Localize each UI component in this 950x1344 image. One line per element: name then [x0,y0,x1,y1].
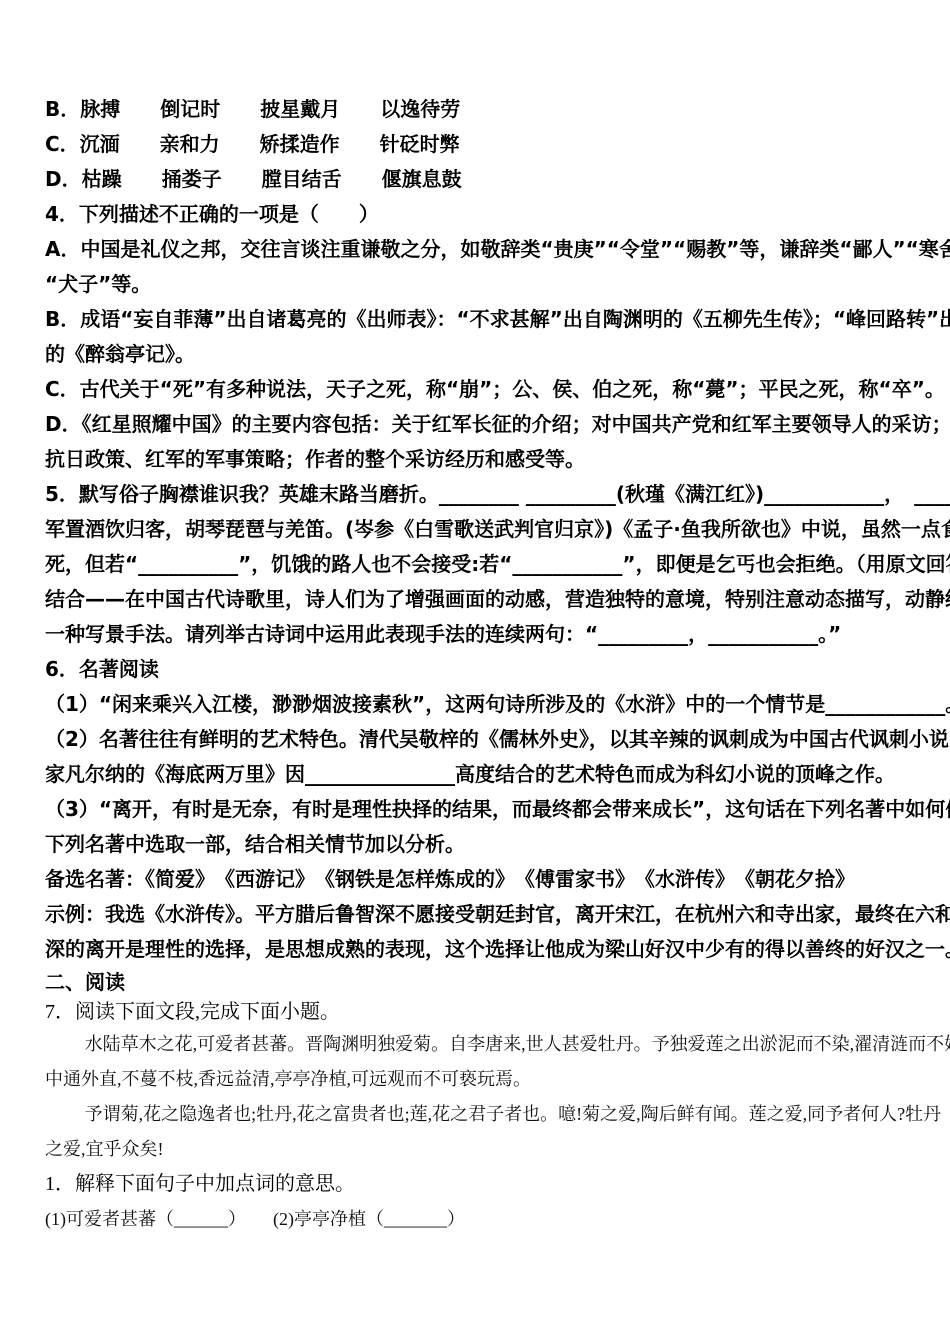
question-4-stem: 4．下列描述不正确的一项是（ ） [45,197,910,232]
q6-sub3-line2: 下列名著中选取一部，结合相关情节加以分析。 [45,827,910,862]
q7-sub1-blanks: (1)可爱者甚蕃（______） (2)亭亭净植（_______） [45,1202,910,1237]
passage-line4: 之爱,宜乎众矣! [45,1132,910,1167]
q4-option-a-line1: A．中国是礼仪之邦，交往言谈注重谦敬之分，如敬辞类“贵庚”“令堂”“赐教”等，谦… [45,232,910,267]
q4-option-d-line1: D．《红星照耀中国》的主要内容包括：关于红军长征的介绍；对中国共产党和红军主要领… [45,407,910,442]
question-7-stem: 7．阅读下面文段,完成下面小题。 [45,997,910,1027]
q6-sub2-line1: （2）名著往往有鲜明的艺术特色。清代吴敬梓的《儒林外史》，以其辛辣的讽刺成为中国… [45,722,910,757]
q6-sub3-line1: （3）“离开，有时是无奈，有时是理性抉择的结果，而最终都会带来成长”，这句话在下… [45,792,910,827]
passage-line1: 水陆草木之花,可爱者甚蕃。晋陶渊明独爱菊。自李唐来,世人甚爱牡丹。予独爱莲之出淤… [45,1027,910,1062]
q4-option-c: C．古代关于“死”有多种说法，天子之死，称“崩”；公、侯、伯之死，称“薨”；平民… [45,372,910,407]
q5-line2: 军置酒饮归客，胡琴琵琶与羌笛。(岑参《白雪歌送武判官归京》)《孟子·鱼我所欲也》… [45,512,910,547]
q5-line1: 5．默写俗子胸襟谁识我？英雄末路当磨折。________ _________(秋… [45,477,910,512]
question-6-stem: 6．名著阅读 [45,652,910,687]
q4-option-a-line2: “犬子”等。 [45,267,910,302]
document-page: B．脉搏 倒记时 披星戴月 以逸待劳C．沉湎 亲和力 矫揉造作 针砭时弊D．枯躁… [0,0,950,1344]
q6-sub1: （1）“闲来乘兴入江楼，渺渺烟波接素秋”，这两句诗所涉及的《水浒》中的一个情节是… [45,687,910,722]
option-row-d: D．枯躁 捅娄子 膛目结舌 偃旗息鼓 [45,162,910,197]
option-row-b: B．脉搏 倒记时 披星戴月 以逸待劳 [45,92,910,127]
passage-line3: 予谓菊,花之隐逸者也;牡丹,花之富贵者也;莲,花之君子者也。噫!菊之爱,陶后鲜有… [45,1097,910,1132]
q4-option-b-line1: B．成语“妄自菲薄”出自诸葛亮的《出师表》：“不求甚解”出自陶渊明的《五柳先生传… [45,302,910,337]
option-row-c: C．沉湎 亲和力 矫揉造作 针砭时弊 [45,127,910,162]
q4-option-b-line2: 的《醉翁亭记》。 [45,337,910,372]
q6-book-list: 备选名著：《简爱》 《西游记》 《钢铁是怎样炼成的》 《傅雷家书》 《水浒传》 … [45,862,910,897]
q6-example-line2: 深的离开是理性的选择，是思想成熟的表现，这个选择让他成为梁山好汉中少有的得以善终… [45,932,910,967]
q5-line3: 死，但若“__________”，饥饿的路人也不会接受:若“__________… [45,547,910,582]
q5-line4: 结合——在中国古代诗歌里，诗人们为了增强画面的动感，营造独特的意境，特别注意动态… [45,582,910,617]
passage-line2: 中通外直,不蔓不枝,香远益清,亭亭净植,可远观而不可亵玩焉。 [45,1062,910,1097]
q4-option-d-line2: 抗日政策、红军的军事策略；作者的整个采访经历和感受等。 [45,442,910,477]
q6-example-line1: 示例：我选《水浒传》。平方腊后鲁智深不愿接受朝廷封官，离开宋江，在杭州六和寺出家… [45,897,910,932]
q5-line5: 一种写景手法。请列举古诗词中运用此表现手法的连续两句：“_________，__… [45,617,910,652]
q7-sub1-stem: 1．解释下面句子中加点词的意思。 [45,1167,910,1202]
section-2-heading: 二、阅读 [45,967,910,997]
q6-sub2-line2: 家凡尔纳的《海底两万里》因_______________高度结合的艺术特色而成为… [45,757,910,792]
